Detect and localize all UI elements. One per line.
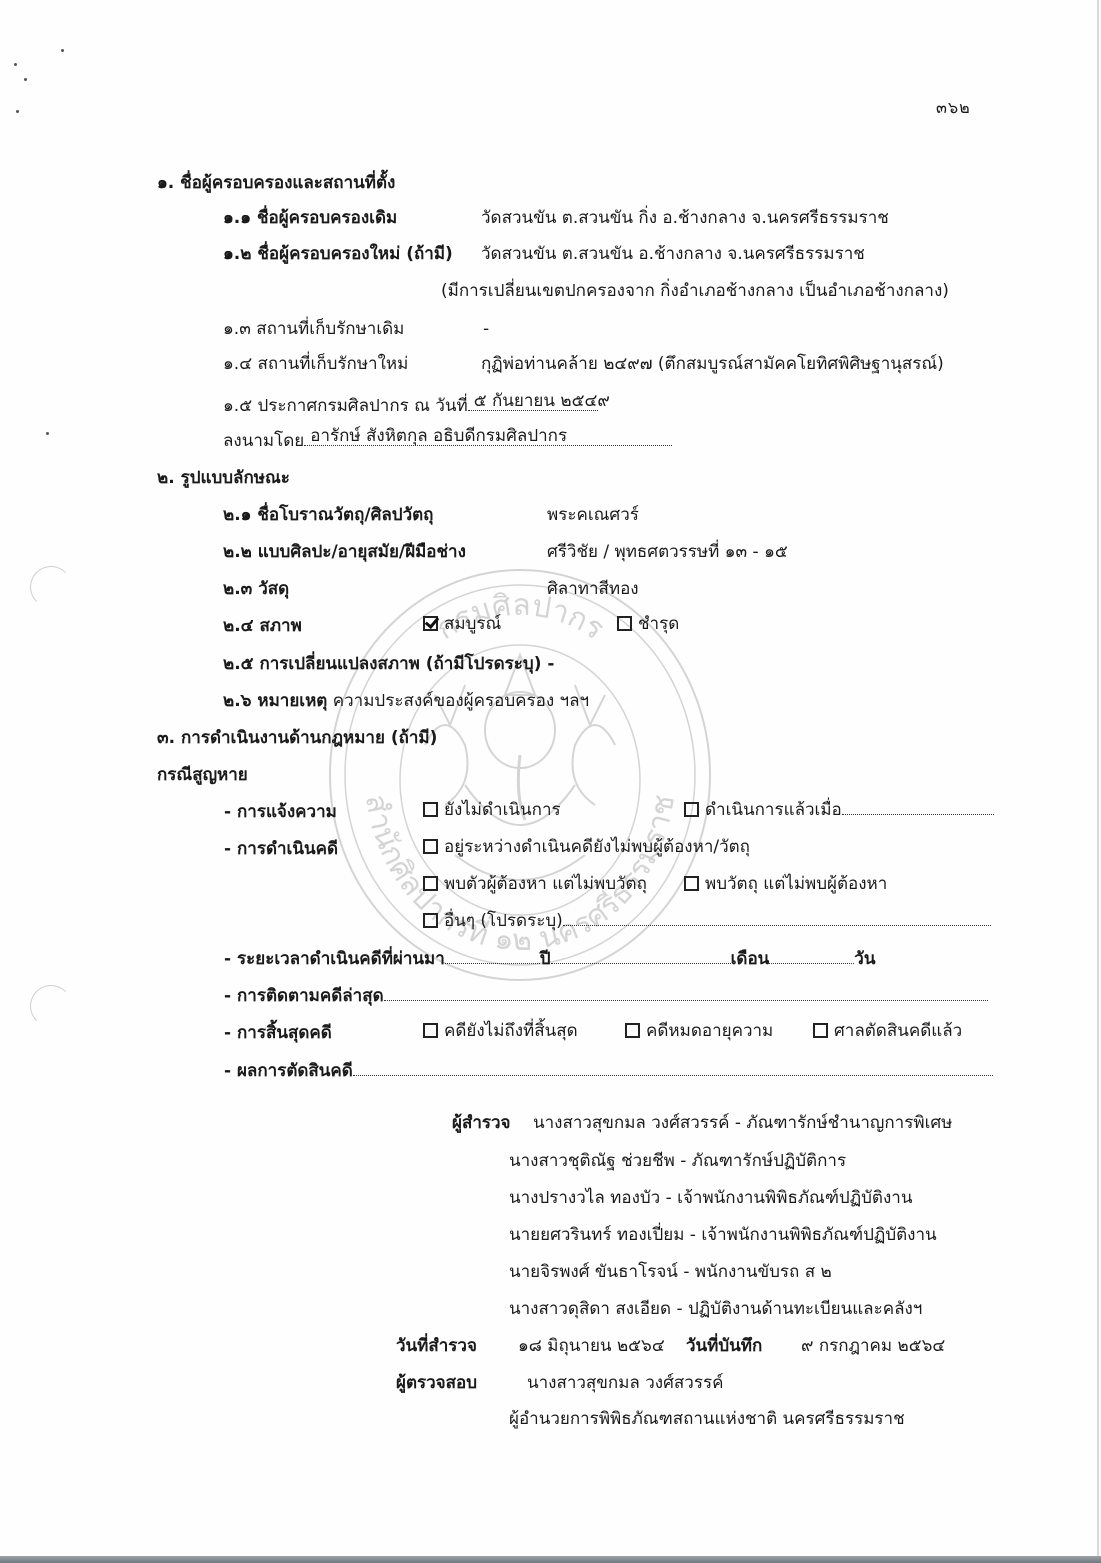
item-2-5-label: ๒.๕ การเปลี่ยนแปลงสภาพ (ถ้ามีโปรดระบุ) - <box>223 653 554 675</box>
fold-mark <box>30 566 72 608</box>
followup-field[interactable] <box>384 1000 988 1001</box>
verdict-row: - ผลการตัดสินคดี <box>224 1060 993 1082</box>
checkbox-icon[interactable] <box>684 802 699 817</box>
prosecution-option-ongoing[interactable]: อยู่ระหว่างดำเนินคดียังไม่พบผู้ต้องหา/วั… <box>423 836 750 858</box>
surveyor-2: นางสาวชุติณัฐ ช่วยชีพ - ภัณฑารักษ์ปฏิบัต… <box>509 1150 846 1172</box>
report-label: - การแจ้งความ <box>224 801 337 823</box>
prosecution-option-suspect-found[interactable]: พบตัวผู้ต้องหา แต่ไม่พบวัตถุ <box>423 873 647 895</box>
closure-option-not-final[interactable]: คดียังไม่ถึงที่สิ้นสุด <box>423 1020 578 1042</box>
item-2-6-row: ๒.๖ หมายเหตุ ความประสงค์ของผู้ครอบครอง ฯ… <box>223 690 589 712</box>
checkbox-icon[interactable] <box>684 876 699 891</box>
scan-edge <box>1097 0 1099 1556</box>
scanner-band <box>0 1556 1101 1563</box>
surveyor-4: นายยศวรินทร์ ทองเปี่ยม - เจ้าพนักงานพิพิ… <box>509 1224 937 1246</box>
item-2-2-label: ๒.๒ แบบศิลปะ/อายุสมัย/ฝีมือช่าง <box>223 541 466 563</box>
checkbox-icon[interactable] <box>813 1023 828 1038</box>
checkbox-icon[interactable] <box>423 913 438 928</box>
item-1-5-value: ๕ กันยายน ๒๕๔๙ <box>474 390 610 412</box>
page-number: ๓๖๒ <box>936 96 971 121</box>
item-2-3-value: ศิลาทาสีทอง <box>547 578 639 600</box>
checkbox-icon[interactable] <box>423 876 438 891</box>
survey-date-label: วันที่สำรวจ <box>396 1335 477 1357</box>
item-1-4-label: ๑.๔ สถานที่เก็บรักษาใหม่ <box>223 353 408 375</box>
record-date-value: ๙ กรกฎาคม ๒๕๖๔ <box>801 1335 945 1357</box>
closure-label: - การสิ้นสุดคดี <box>224 1022 332 1044</box>
duration-years-field[interactable] <box>445 963 540 964</box>
closure-option-judged[interactable]: ศาลตัดสินคดีแล้ว <box>813 1020 962 1042</box>
checkbox-icon[interactable] <box>423 1023 438 1038</box>
item-2-1-value: พระคเณศวร์ <box>547 504 639 526</box>
scan-speck <box>46 432 49 435</box>
item-1-4-value: กุฏิพ่อท่านคล้าย ๒๔๙๗ (ตึกสมบูรณ์สามัคคโ… <box>481 353 944 375</box>
item-1-2-label: ๑.๒ ชื่อผู้ครอบครองใหม่ (ถ้ามี) <box>223 243 453 265</box>
inspector-label: ผู้ตรวจสอบ <box>396 1372 477 1394</box>
item-1-2-value: วัดสวนขัน ต.สวนขัน อ.ช้างกลาง จ.นครศรีธร… <box>481 243 865 265</box>
condition-option-complete[interactable]: สมบูรณ์ <box>423 613 501 635</box>
lost-case-heading: กรณีสูญหาย <box>157 764 248 786</box>
surveyor-6: นางสาวดุสิดา สงเอียด - ปฏิบัติงานด้านทะเ… <box>509 1298 922 1320</box>
checkbox-icon[interactable] <box>617 616 632 631</box>
item-2-2-value: ศรีวิชัย / พุทธศตวรรษที่ ๑๓ - ๑๕ <box>547 541 788 563</box>
inspector-name: นางสาวสุขกมล วงศ์สวรรค์ <box>527 1372 723 1394</box>
prosecution-option-object-found[interactable]: พบวัตถุ แต่ไม่พบผู้ต้องหา <box>684 873 887 895</box>
duration-row: - ระยะเวลาดำเนินคดีที่ผ่านมาปีเดือนวัน <box>224 948 875 970</box>
prosecution-label: - การดำเนินคดี <box>224 838 338 860</box>
document-page: กรมศิลปากร สำนักศิลปากรที่ ๑๒ นครศรีธรรม… <box>0 0 1101 1556</box>
prosecution-option-other[interactable]: อื่นๆ (โปรดระบุ) <box>423 910 991 932</box>
signed-by-value: อารักษ์ สังหิตกุล อธิบดีกรมศิลปากร <box>310 425 567 447</box>
signed-by-label: ลงนามโดย <box>223 431 304 451</box>
item-1-5-row: ๑.๕ ประกาศกรมศิลปากร ณ วันที่๕ กันยายน ๒… <box>223 395 598 417</box>
item-2-1-label: ๒.๑ ชื่อโบราณวัตถุ/ศิลปวัตถุ <box>223 504 433 526</box>
inspector-title: ผู้อำนวยการพิพิธภัณฑสถานแห่งชาติ นครศรีธ… <box>509 1408 905 1430</box>
item-1-1-label: ๑.๑ ชื่อผู้ครอบครองเดิม <box>223 207 397 229</box>
item-1-3-value: - <box>483 318 489 340</box>
item-1-3-label: ๑.๓ สถานที่เก็บรักษาเดิม <box>223 318 404 340</box>
item-2-6-label: ๒.๖ หมายเหตุ <box>223 691 327 711</box>
signed-by-row: ลงนามโดยอารักษ์ สังหิตกุล อธิบดีกรมศิลปา… <box>223 430 672 452</box>
section2-heading: ๒. รูปแบบลักษณะ <box>157 467 290 489</box>
closure-option-expired[interactable]: คดีหมดอายุความ <box>625 1020 773 1042</box>
scan-speck <box>24 78 27 81</box>
section1-heading: ๑. ชื่อผู้ครอบครองและสถานที่ตั้ง <box>157 172 395 194</box>
report-option-not-done[interactable]: ยังไม่ดำเนินการ <box>423 799 561 821</box>
duration-months-field[interactable] <box>551 963 731 964</box>
signed-by-field[interactable]: อารักษ์ สังหิตกุล อธิบดีกรมศิลปากร <box>304 445 672 446</box>
scan-speck <box>14 63 17 66</box>
section3-heading: ๓. การดำเนินงานด้านกฎหมาย (ถ้ามี) <box>157 727 437 749</box>
checkbox-icon[interactable] <box>625 1023 640 1038</box>
report-option-done[interactable]: ดำเนินการแล้วเมื่อ <box>684 799 994 821</box>
item-1-2-note: (มีการเปลี่ยนเขตปกครองจาก กิ่งอำเภอช้างก… <box>441 280 949 302</box>
surveyors-label: ผู้สำรวจ <box>452 1112 511 1134</box>
item-2-3-label: ๒.๓ วัสดุ <box>223 578 289 600</box>
duration-days-field[interactable] <box>769 963 854 964</box>
record-date-label: วันที่บันทึก <box>686 1335 762 1357</box>
prosecution-other-field[interactable] <box>563 925 991 926</box>
followup-row: - การติดตามคดีล่าสุด <box>224 985 988 1007</box>
item-1-1-value: วัดสวนขัน ต.สวนขัน กิ่ง อ.ช้างกลาง จ.นคร… <box>481 207 889 229</box>
survey-date-value: ๑๘ มิถุนายน ๒๕๖๔ <box>518 1335 665 1357</box>
item-2-6-value: ความประสงค์ของผู้ครอบครอง ฯลฯ <box>333 691 589 711</box>
verdict-field[interactable] <box>353 1075 993 1076</box>
checkbox-icon[interactable] <box>423 802 438 817</box>
checkbox-icon[interactable] <box>423 839 438 854</box>
item-2-4-label: ๒.๔ สภาพ <box>223 615 302 637</box>
surveyor-5: นายจิรพงศ์ ขันธาโรจน์ - พนักงานขับรถ ส ๒ <box>509 1261 832 1283</box>
item-1-5-field[interactable]: ๕ กันยายน ๒๕๔๙ <box>468 410 598 411</box>
condition-option-damaged[interactable]: ชำรุด <box>617 613 679 635</box>
item-1-5-label: ๑.๕ ประกาศกรมศิลปากร ณ วันที่ <box>223 396 468 416</box>
scan-speck <box>61 49 64 52</box>
scan-speck <box>16 110 19 113</box>
checkbox-checked-icon[interactable] <box>423 616 438 631</box>
surveyor-3: นางปรางวไล ทองบัว - เจ้าพนักงานพิพิธภัณฑ… <box>509 1187 912 1209</box>
fold-mark <box>30 985 72 1027</box>
report-done-date-field[interactable] <box>842 814 994 815</box>
surveyor-1: นางสาวสุขกมล วงศ์สวรรค์ - ภัณฑารักษ์ชำนา… <box>533 1112 952 1134</box>
